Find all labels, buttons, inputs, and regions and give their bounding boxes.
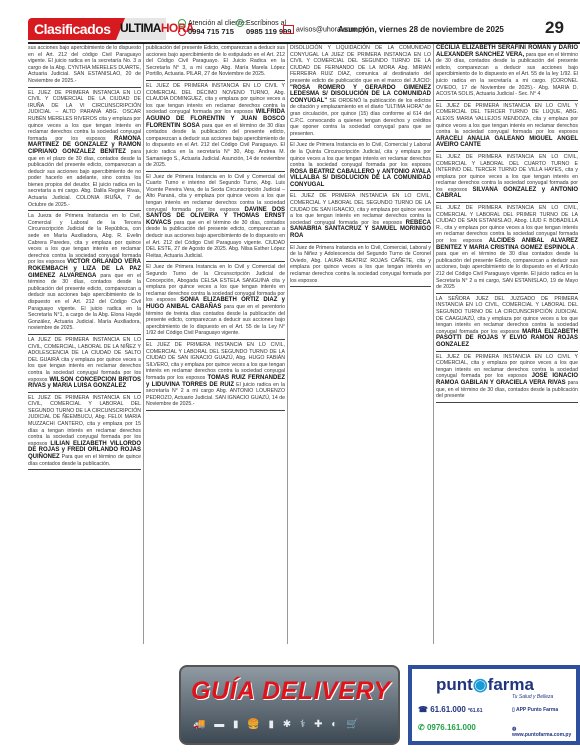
app-label: ▯ APP Punto Farma (512, 707, 558, 713)
puntofarma-ad[interactable]: punt◉farma Tu Salud y Belleza ☎ 61.61.00… (408, 665, 580, 745)
delivery-category-icons: 🚚 ▬ ▮ 🍔 ▮ ✱ ⚕ ✚ ◐ 🛒 (193, 719, 362, 730)
section-title: Clasificados (28, 18, 132, 40)
whatsapp-icon: ✆ (418, 723, 427, 732)
notice: EL JUEZ DE PRIMERA INSTANCIA EN LO CIVIL… (436, 353, 578, 403)
column-divider (143, 44, 144, 644)
whatsapp-icon (236, 19, 244, 27)
whatsapp-icon (178, 19, 186, 27)
notice: CECILIA ELIZABETH SERAFINI ROMAN y DARIO… (436, 44, 578, 101)
column-4: CECILIA ELIZABETH SERAFINI ROMAN y DARIO… (436, 44, 578, 618)
notice: EL JUEZ DE PRIMERA INSTANCIA EN LO CIVIL… (146, 82, 285, 172)
phone-number: ☎ 61.61.000 *61.61 (418, 705, 482, 714)
page-number: 29 (545, 18, 564, 38)
notice: LA SEÑORA JUEZ DEL JUZGADO DE PRIMERA IN… (436, 295, 578, 352)
notice: EL JUEZ DE PRIMERA INSTANCIA EN LO CIVIL… (146, 341, 285, 411)
notice: LA JUEZ DE PRIMERA INSTANCIA EN LO CIVIL… (28, 336, 141, 393)
column-2: publicación del presente Edicto, compare… (146, 44, 285, 618)
notice: EL JUEZ DE PRIMERA INSTANCIA EN LO CIVIL… (28, 394, 141, 471)
notice: DISOLUCIÓN Y LIQUIDACIÓN DE LA COMUNIDAD… (290, 44, 431, 140)
puntofarma-logo: punt◉farma (436, 675, 534, 695)
notice: EL JUEZ DE PRIMERA INSTANCIA EN LO CIVIL… (436, 102, 578, 152)
notice: EL JUEZ DE PRIMERA INSTANCIA EN LO CIVIL… (436, 153, 578, 203)
puntofarma-tagline: Tu Salud y Belleza (512, 694, 553, 700)
column-divider (287, 44, 288, 644)
issue-date: Asunción, viernes 28 de noviembre de 202… (338, 25, 504, 34)
phone-icon: ☎ (418, 705, 430, 714)
notice: sus acciones bajo apercibimiento de lo d… (28, 44, 141, 88)
delivery-title: GUÍA DELIVERY (191, 677, 391, 706)
website-link[interactable]: ◍ www.puntofarma.com.py (512, 726, 576, 738)
notice: El Juez de Primera Instancia en lo Civil… (290, 244, 431, 288)
guia-delivery-ad[interactable]: GUÍA DELIVERY 🚚 ▬ ▮ 🍔 ▮ ✱ ⚕ ✚ ◐ 🛒 (179, 665, 400, 745)
attention-phone-link[interactable]: 0994 715 715 (188, 27, 234, 36)
column-divider (433, 44, 434, 644)
notice: El Juez de Primera Instancia en lo Civil… (290, 141, 431, 191)
page-header: Clasificados ULTIMAHORA Atención al clie… (0, 16, 580, 42)
phone-icon (178, 28, 186, 36)
column-1: sus acciones bajo apercibimiento de lo d… (28, 44, 141, 618)
notice: EL JUEZ DE PRIMERA INSTANCIA EN LO CIVIL… (28, 89, 141, 212)
notice: publicación del presente Edicto, compare… (146, 44, 285, 81)
notice: EL JUEZ DE PRIMERA INSTANCIA EN LO CIVIL… (290, 192, 431, 242)
whatsapp-number: ✆ 0976.161.000 (418, 723, 476, 732)
notice: El Juez de Primera Instancia en lo Civil… (146, 173, 285, 263)
column-3: DISOLUCIÓN Y LIQUIDACIÓN DE LA COMUNIDAD… (290, 44, 431, 618)
envelope-icon (283, 25, 294, 34)
notice: El Juez de Primera Instancia en lo Civil… (146, 263, 285, 340)
notice: EL JUEZ DE PRIMERA INSTANCIA EN LO CIVIL… (436, 204, 578, 294)
notice: La Jueza de Primera Instancia en lo Civi… (28, 212, 141, 335)
